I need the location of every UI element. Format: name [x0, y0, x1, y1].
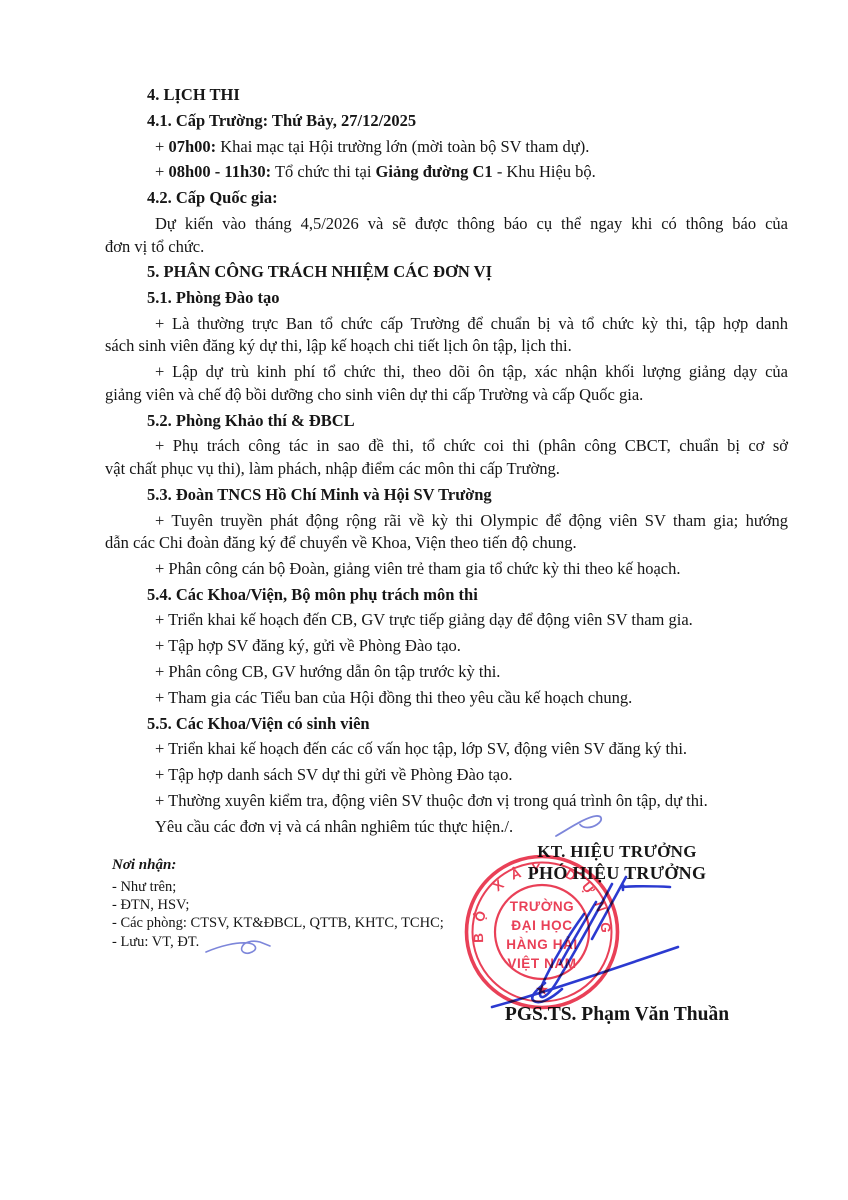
text-run: + [155, 137, 168, 156]
document-heading: 5.3. Đoàn TNCS Hồ Chí Minh và Hội SV Trư… [105, 484, 788, 507]
document-line: + 08h00 - 11h30: Tổ chức thi tại Giảng đ… [105, 161, 788, 184]
document-line: + 07h00: Khai mạc tại Hội trường lớn (mờ… [105, 136, 788, 159]
document-line: + Phụ trách công tác in sao đề thi, tổ c… [105, 435, 788, 458]
text-run: đơn vị tổ chức. [105, 237, 204, 256]
text-run: 08h00 - 11h30: [168, 162, 271, 181]
text-run: Tổ chức thi tại [271, 162, 375, 181]
document-line: đơn vị tổ chức. [105, 236, 788, 259]
text-run: 4.1. Cấp Trường: Thứ Bảy, 27/12/2025 [147, 111, 416, 130]
text-run: Dự kiến vào tháng 4,5/2026 và sẽ được th… [155, 214, 788, 233]
document-heading: 5. PHÂN CÔNG TRÁCH NHIỆM CÁC ĐƠN VỊ [105, 261, 788, 284]
text-run: 4. LỊCH THI [147, 85, 240, 104]
text-run: + [155, 162, 168, 181]
signature-icon [480, 860, 705, 1015]
document-line: + Tập hợp SV đăng ký, gửi về Phòng Đào t… [105, 635, 788, 658]
text-run: Khai mạc tại Hội trường lớn (mời toàn bộ… [216, 137, 589, 156]
document-heading: 4.2. Cấp Quốc gia: [105, 187, 788, 210]
document-heading: 5.4. Các Khoa/Viện, Bộ môn phụ trách môn… [105, 584, 788, 607]
text-run: + Phụ trách công tác in sao đề thi, tổ c… [155, 436, 788, 455]
text-run: 5.5. Các Khoa/Viện có sinh viên [147, 714, 370, 733]
text-run: + Phân công cán bộ Đoàn, giảng viên trẻ … [155, 559, 680, 578]
text-run: - Khu Hiệu bộ. [493, 162, 596, 181]
document-line: + Thường xuyên kiểm tra, động viên SV th… [105, 790, 788, 813]
text-run: + Phân công CB, GV hướng dẫn ôn tập trướ… [155, 662, 500, 681]
document-line: Yêu cầu các đơn vị và cá nhân nghiêm túc… [105, 816, 788, 839]
text-run: Yêu cầu các đơn vị và cá nhân nghiêm túc… [155, 817, 513, 836]
recipient-item: - Như trên; [112, 878, 444, 896]
text-run: vật chất phục vụ thi), làm phách, nhập đ… [105, 459, 560, 478]
document-heading: 4.1. Cấp Trường: Thứ Bảy, 27/12/2025 [105, 110, 788, 133]
recipient-item: - ĐTN, HSV; [112, 896, 444, 914]
text-run: Giảng đường C1 [376, 162, 493, 181]
text-run: sách sinh viên đăng ký dự thi, lập kế ho… [105, 336, 572, 355]
recipient-item: - Các phòng: CTSV, KT&ĐBCL, QTTB, KHTC, … [112, 914, 444, 932]
document-line: + Triển khai kế hoạch đến các cố vấn học… [105, 738, 788, 761]
text-run: 5.1. Phòng Đào tạo [147, 288, 279, 307]
text-run: 07h00: [168, 137, 216, 156]
text-run: 5.2. Phòng Khảo thí & ĐBCL [147, 411, 355, 430]
document-line: + Là thường trực Ban tổ chức cấp Trường … [105, 313, 788, 336]
text-run: + Tập hợp SV đăng ký, gửi về Phòng Đào t… [155, 636, 461, 655]
text-run: dẫn các Chi đoàn đăng ký để chuyển về Kh… [105, 533, 577, 552]
text-run: giảng viên và chế độ bồi dưỡng cho sinh … [105, 385, 643, 404]
text-run: + Là thường trực Ban tổ chức cấp Trường … [155, 314, 788, 333]
document-heading: 5.1. Phòng Đào tạo [105, 287, 788, 310]
document-line: giảng viên và chế độ bồi dưỡng cho sinh … [105, 384, 788, 407]
text-run: + Triển khai kế hoạch đến các cố vấn học… [155, 739, 687, 758]
document-line: + Phân công cán bộ Đoàn, giảng viên trẻ … [105, 558, 788, 581]
text-run: 5.3. Đoàn TNCS Hồ Chí Minh và Hội SV Trư… [147, 485, 492, 504]
text-run: + Triển khai kế hoạch đến CB, GV trực ti… [155, 610, 693, 629]
text-run: 5.4. Các Khoa/Viện, Bộ môn phụ trách môn… [147, 585, 478, 604]
document-line: vật chất phục vụ thi), làm phách, nhập đ… [105, 458, 788, 481]
document-line: + Phân công CB, GV hướng dẫn ôn tập trướ… [105, 661, 788, 684]
document-line: + Lập dự trù kinh phí tổ chức thi, theo … [105, 361, 788, 384]
text-run: + Thường xuyên kiểm tra, động viên SV th… [155, 791, 708, 810]
text-run: + Lập dự trù kinh phí tổ chức thi, theo … [155, 362, 788, 381]
document-line: + Tuyên truyền phát động rộng rãi về kỳ … [105, 510, 788, 533]
document-heading: 4. LỊCH THI [105, 84, 788, 107]
text-run: + Tham gia các Tiểu ban của Hội đồng thi… [155, 688, 632, 707]
document-line: + Tập hợp danh sách SV dự thi gửi về Phò… [105, 764, 788, 787]
text-run: + Tập hợp danh sách SV dự thi gửi về Phò… [155, 765, 512, 784]
document-line: sách sinh viên đăng ký dự thi, lập kế ho… [105, 335, 788, 358]
document-line: Dự kiến vào tháng 4,5/2026 và sẽ được th… [105, 213, 788, 236]
text-run: 4.2. Cấp Quốc gia: [147, 188, 278, 207]
text-run: + Tuyên truyền phát động rộng rãi về kỳ … [155, 511, 788, 530]
document-body: 4. LỊCH THI4.1. Cấp Trường: Thứ Bảy, 27/… [105, 84, 788, 838]
document-line: + Tham gia các Tiểu ban của Hội đồng thi… [105, 687, 788, 710]
recipients-title: Nơi nhận: [112, 857, 444, 874]
document-line: dẫn các Chi đoàn đăng ký để chuyển về Kh… [105, 532, 788, 555]
document-line: + Triển khai kế hoạch đến CB, GV trực ti… [105, 609, 788, 632]
text-run: 5. PHÂN CÔNG TRÁCH NHIỆM CÁC ĐƠN VỊ [147, 262, 492, 281]
initials-pen-mark-icon [200, 934, 278, 962]
pen-squiggle-icon [552, 810, 610, 842]
document-heading: 5.5. Các Khoa/Viện có sinh viên [105, 713, 788, 736]
document-heading: 5.2. Phòng Khảo thí & ĐBCL [105, 410, 788, 433]
scanned-document-page: 4. LỊCH THI4.1. Cấp Trường: Thứ Bảy, 27/… [0, 0, 848, 1200]
